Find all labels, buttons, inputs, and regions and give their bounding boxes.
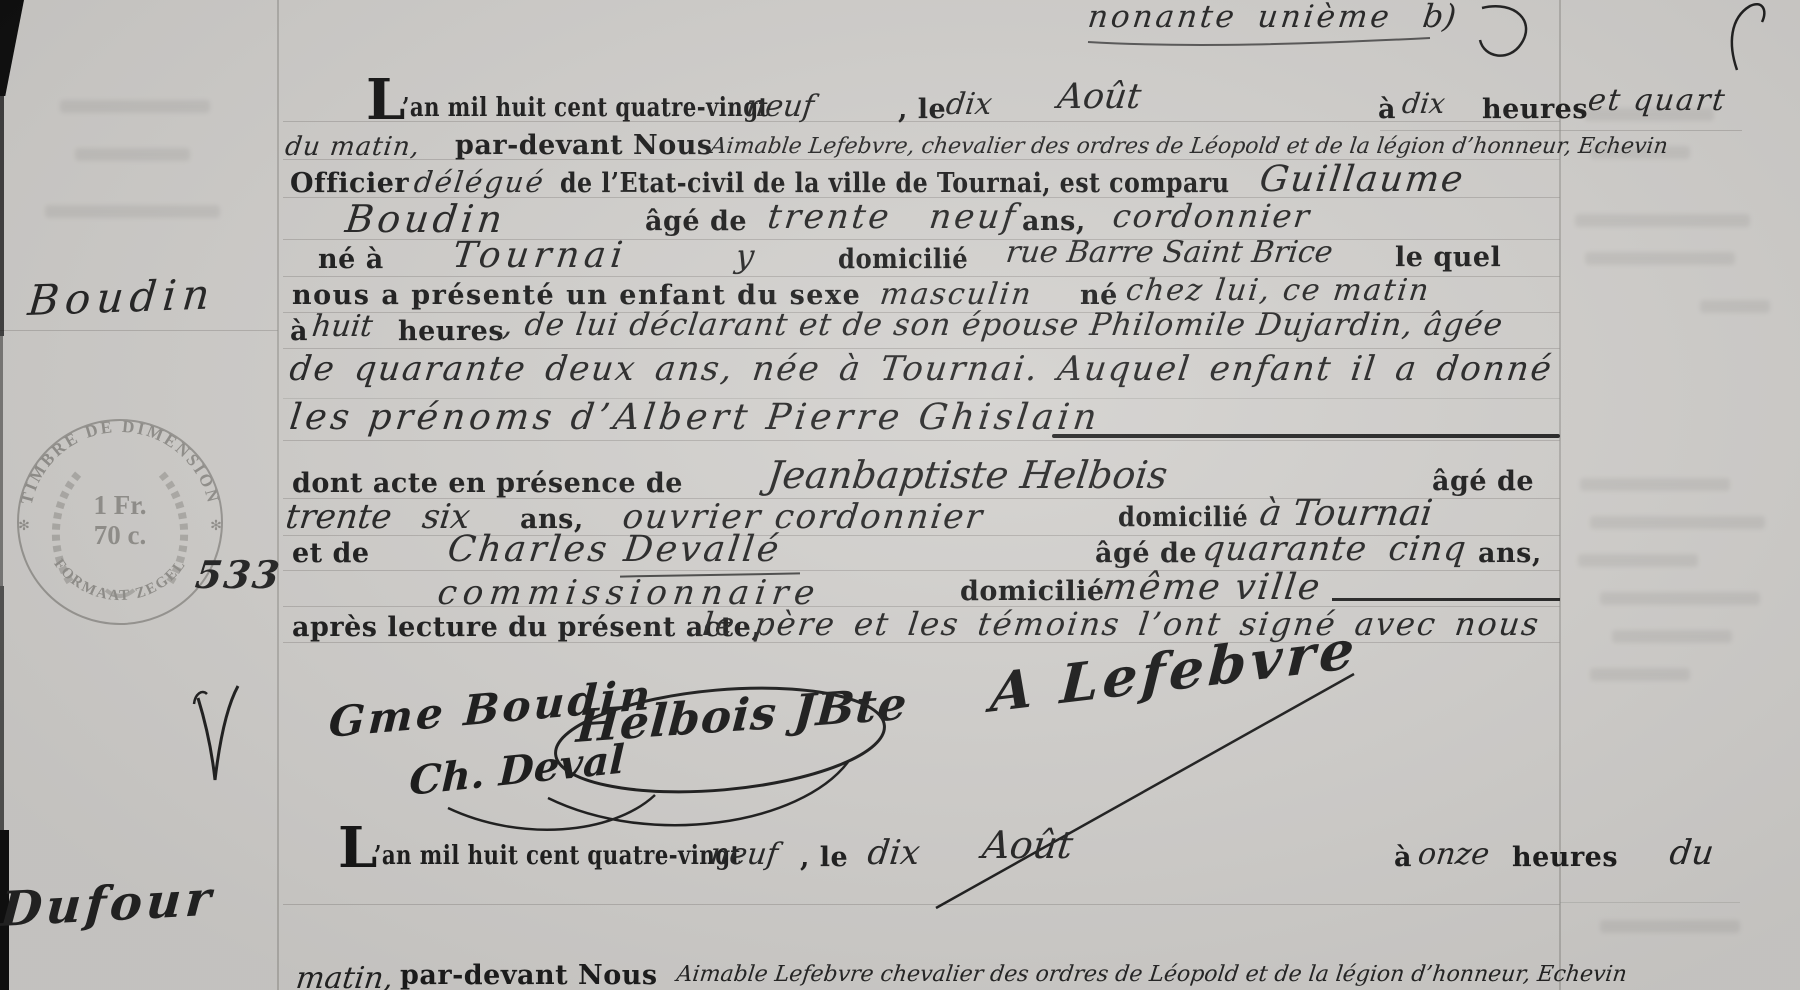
act2-l1-hw-du: du: [1668, 836, 1716, 870]
act2-drop-cap: L: [338, 820, 377, 876]
lefebvre-diagonal-flourish: [936, 674, 1354, 908]
act2-l1-printed-a: à: [1394, 844, 1412, 871]
note-underline: [1088, 38, 1430, 45]
act2-l1-hw-hour: onze: [1416, 840, 1491, 870]
act2-l1-hw-month: Août: [980, 826, 1075, 864]
corner-loop-flourish: [1480, 6, 1526, 55]
act2-l1-printed-year: ’an mil huit cent quatre-vingt: [374, 843, 741, 869]
act2-l2-hw-officer: Aimable Lefebvre chevalier des ordres de…: [675, 964, 1628, 986]
scanned-register-page: nonante unième b) Boudin TIMBRE DE DIMEN…: [0, 0, 1800, 990]
act2-l2-hw-matin: matin,: [294, 964, 395, 990]
act2-l1-hw-day: dix: [866, 836, 922, 870]
act2-l1-printed-heures: heures: [1512, 844, 1618, 871]
act2-l2-printed-pardevant: par-devant Nous: [400, 962, 658, 989]
helbois-underline-flourish: [548, 762, 848, 825]
helbois-oval-flourish: [551, 676, 888, 804]
corner-squiggle-flourish: [1732, 4, 1764, 70]
act2-l1-hw-neuf: neuf: [708, 840, 779, 870]
act2-l1-printed-le: , le: [800, 844, 848, 871]
